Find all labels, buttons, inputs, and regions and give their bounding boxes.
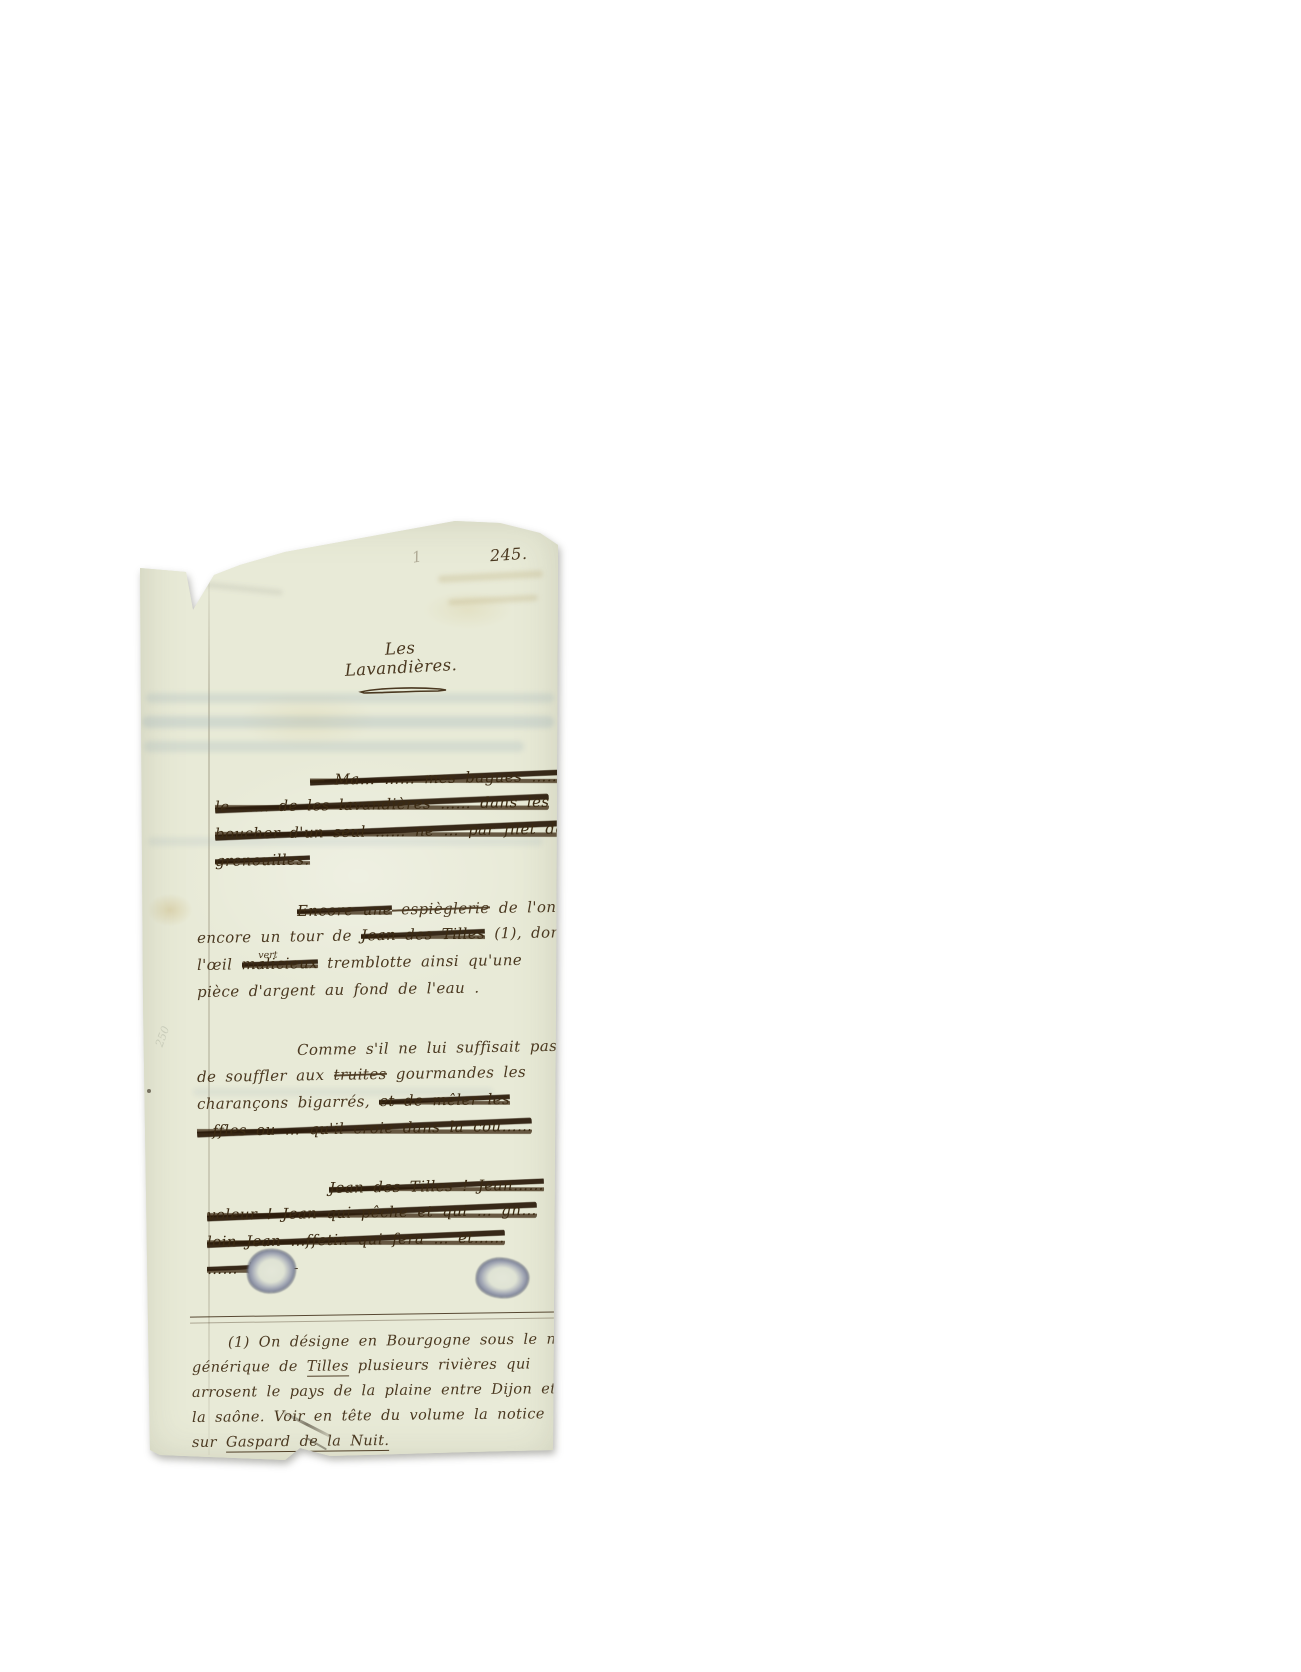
struck-text: truites — [333, 1065, 386, 1084]
struck-text: Jean des Tilles — [361, 924, 485, 944]
manuscript-title: Les Lavandières. — [327, 635, 474, 681]
handwritten-text: générique de — [192, 1359, 307, 1376]
handwritten-text: encore un tour de — [197, 926, 361, 947]
manuscript-line: pièce d'argent au fond de l'eau . — [197, 973, 562, 1006]
manuscript-line: arrosent le pays de la plaine entre Dijo… — [192, 1377, 564, 1406]
interlinear-insertion: vert — [258, 942, 278, 969]
handwritten-text: (1), dont — [485, 923, 567, 942]
struck-text: malicieuxvert — [241, 954, 318, 973]
paragraph-1: — Ma… …… mes bagues …… lele …… de les la… — [215, 767, 563, 875]
handwritten-text: Gaspard de la Nuit. — [226, 1433, 390, 1453]
page-number: 245. — [489, 544, 527, 566]
manuscript-line: grenouilles. — [215, 843, 563, 875]
handwritten-text: (1) On désigne en Bourgogne sous le nom — [228, 1331, 580, 1351]
struck-text: le …… de les lavandières …… dans les — [215, 793, 550, 816]
handwritten-text: de souffler aux — [197, 1066, 334, 1086]
handwritten-text: de l'ondin, — [489, 897, 587, 917]
margin-pencil-mark: 250 — [153, 1024, 172, 1048]
struck-text: espièglerie — [392, 899, 490, 919]
struck-text: Jean des Tilles ! Jean…… — [329, 1176, 544, 1197]
footnote-separator-line — [190, 1311, 560, 1323]
manuscript-line: …ffles ou … qu'il croie dans la cou…… — [197, 1112, 562, 1145]
struck-text: loin Jean …ffetin qui fera … et…… — [207, 1228, 505, 1251]
handwritten-text: plusieurs rivières qui — [349, 1356, 531, 1374]
paragraph-3: Comme s'il ne lui suffisait pasde souffl… — [197, 1037, 562, 1145]
handwritten-text: gourmandes les — [386, 1063, 526, 1083]
handwritten-text: Comme s'il ne lui suffisait pas — [297, 1037, 558, 1059]
paragraph-2: Encore une espièglerie de l'ondin,encore… — [197, 898, 562, 1006]
ghost-writing-smudge — [448, 595, 538, 606]
footnote: (1) On désigne en Bourgogne sous le nomg… — [192, 1331, 564, 1456]
handwritten-text: sur — [192, 1435, 226, 1451]
struck-text: grenouilles. — [215, 851, 310, 870]
struck-text: …ffles ou … qu'il croie dans la cou…… — [197, 1117, 533, 1140]
ink-smudge-band — [146, 693, 554, 703]
handwritten-text: arrosent le pays de la plaine entre Dijo… — [192, 1381, 557, 1401]
ink-smudge-band — [144, 741, 524, 752]
manuscript-sheet: 245. 1 250 Les Lavandières. — Ma… …… mes… — [138, 515, 562, 1465]
struck-text: boucher d'un seul …… ne … par filet de — [215, 820, 565, 843]
manuscript-line: la saône. Voir en tête du volume la noti… — [192, 1402, 564, 1431]
ink-smudge-band — [142, 716, 554, 728]
ink-dot — [147, 1089, 151, 1093]
struck-text: Encore une — [297, 901, 392, 920]
handwritten-text: pièce d'argent au fond de l'eau . — [197, 979, 480, 1001]
scan-background: 245. 1 250 Les Lavandières. — Ma… …… mes… — [0, 0, 1301, 1672]
struck-text: — Ma… …… mes bagues …… le — [310, 767, 586, 789]
handwritten-text: tremblotte ainsi qu'une — [318, 951, 522, 972]
handwritten-text: la saône. Voir en tête du volume la noti… — [192, 1406, 545, 1426]
struck-text: …… ! — [207, 1259, 254, 1278]
handwritten-text: l'œil — [197, 955, 242, 974]
handwritten-text: charançons bigarrés, — [197, 1092, 379, 1113]
struck-text: et de mêler les — [379, 1090, 510, 1110]
struck-text: voleur ! Jean qui pêche et qui … gn… — [207, 1201, 537, 1224]
manuscript-line: générique de Tilles plusieurs rivières q… — [192, 1352, 564, 1381]
title-flourish — [358, 685, 450, 697]
faint-pencil-numeral: 1 — [411, 547, 424, 566]
ghost-writing-smudge — [438, 570, 543, 582]
handwritten-text: Tilles — [307, 1358, 349, 1376]
